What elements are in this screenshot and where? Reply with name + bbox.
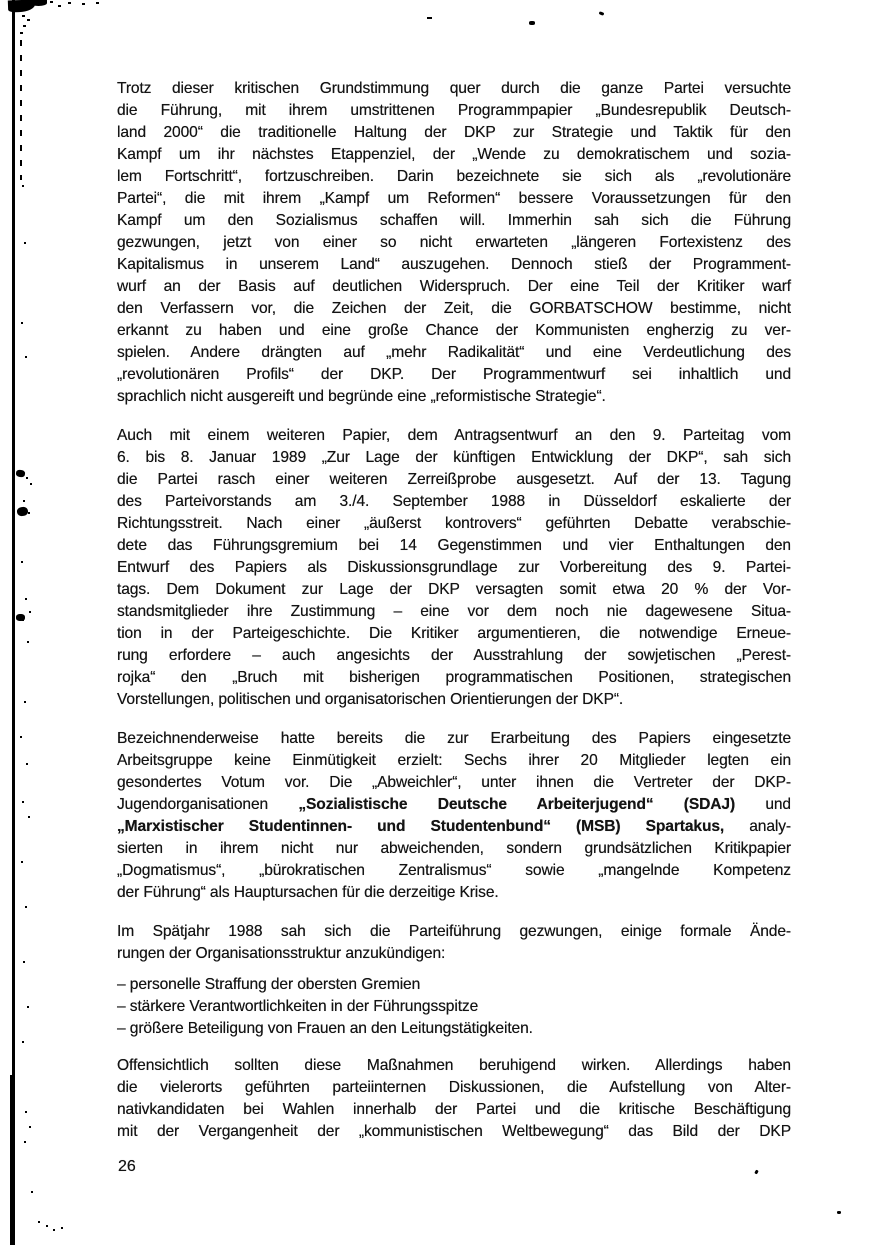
text-line: rung erfordere – auch angesichts der Aus… — [117, 645, 791, 667]
scan-binding-line-lower — [10, 1075, 12, 1245]
scan-speck — [529, 21, 535, 25]
text-line: gezwungen, jetzt von einer so nicht erwa… — [117, 232, 791, 254]
paragraph: Im Spätjahr 1988 sah sich die Parteiführ… — [117, 921, 791, 965]
paragraph: Bezeichnenderweise hatte bereits die zur… — [117, 728, 791, 904]
text-line: nativkandidaten bei Wahlen innerhalb der… — [117, 1099, 791, 1121]
text-line: Bezeichnenderweise hatte bereits die zur… — [117, 728, 791, 750]
text-line: den Verfassern vor, die Zeichen der Zeit… — [117, 298, 791, 320]
scanned-book-page: { "page_number": "26", "content": { "par… — [0, 0, 887, 1245]
text-line: tags. Dem Dokument zur Lage der DKP vers… — [117, 579, 791, 601]
text-line: lem Fortschritt“, fortzuschreiben. Darin… — [117, 166, 791, 188]
text-line: „Dogmatismus“, „bürokratischen Zentralis… — [117, 860, 791, 882]
text-line: Im Spätjahr 1988 sah sich die Parteiführ… — [117, 921, 791, 943]
scan-speckles — [0, 0, 2, 2]
text-line: Partei“, die mit ihrem „Kampf um Reforme… — [117, 188, 791, 210]
list-item: – stärkere Verantwortlichkeiten in der F… — [117, 996, 791, 1018]
text-line: wurf an der Basis auf deutlichen Widersp… — [117, 276, 791, 298]
list-item: – personelle Straffung der obersten Grem… — [117, 974, 791, 996]
dash-list: – personelle Straffung der obersten Grem… — [117, 974, 791, 1040]
text-line: Entwurf des Papiers als Diskussionsgrund… — [117, 557, 791, 579]
text-line: Vorstellungen, politischen und organisat… — [117, 689, 791, 711]
text-line: rojka“ den „Bruch mit bisherigen program… — [117, 667, 791, 689]
text-line: spielen. Andere drängten auf „mehr Radik… — [117, 342, 791, 364]
text-line: erkannt zu haben und eine große Chance d… — [117, 320, 791, 342]
text-line: tion in der Parteigeschichte. Die Kritik… — [117, 623, 791, 645]
scan-speck — [599, 11, 605, 16]
text-line: Trotz dieser kritischen Grundstimmung qu… — [117, 78, 791, 100]
text-line: standsmitglieder ihre Zustimmung – eine … — [117, 601, 791, 623]
scan-dashed-mark — [20, 40, 22, 180]
page-number: 26 — [118, 1156, 136, 1178]
text-line: Arbeitsgruppe keine Einmütigkeit erzielt… — [117, 750, 791, 772]
text-line: die vielerorts geführten parteiinternen … — [117, 1077, 791, 1099]
paragraph: Auch mit einem weiteren Papier, dem Antr… — [117, 425, 791, 711]
text-line: rungen der Organisationsstruktur anzukün… — [117, 943, 791, 965]
text-line: Kapitalismus in unserem Land“ auszugehen… — [117, 254, 791, 276]
text-line: mit der Vergangenheit der „kommunistisch… — [117, 1121, 791, 1143]
text-line: Richtungsstreit. Nach einer „äußerst kon… — [117, 513, 791, 535]
scan-speck — [837, 1211, 841, 1214]
text-line: „revolutionären Profils“ der DKP. Der Pr… — [117, 364, 791, 386]
text-line: land 2000“ die traditionelle Haltung der… — [117, 122, 791, 144]
scan-binding-line — [12, 0, 15, 1245]
text-column: Trotz dieser kritischen Grundstimmung qu… — [117, 78, 791, 1143]
scan-smudge — [17, 506, 29, 516]
text-line: gesondertes Votum vor. Die „Abweichler“,… — [117, 772, 791, 794]
list-item: – größere Beteiligung von Frauen an den … — [117, 1018, 791, 1040]
text-line: sprachlich nicht ausgereift und begründe… — [117, 386, 791, 408]
text-line: dete das Führungsgremium bei 14 Gegensti… — [117, 535, 791, 557]
text-line: die Partei rasch einer weiteren Zerreißp… — [117, 469, 791, 491]
text-line: Offensichtlich sollten diese Maßnahmen b… — [117, 1055, 791, 1077]
text-line: Jugendorganisationen „Sozialistische Deu… — [117, 794, 791, 816]
text-line: Auch mit einem weiteren Papier, dem Antr… — [117, 425, 791, 447]
scan-speck — [754, 1170, 759, 1175]
text-line: 6. bis 8. Januar 1989 „Zur Lage der künf… — [117, 447, 791, 469]
text-line: sierten in ihrem nicht nur abweichenden,… — [117, 838, 791, 860]
text-line: „Marxistischer Studentinnen- und Student… — [117, 816, 791, 838]
paragraph: Offensichtlich sollten diese Maßnahmen b… — [117, 1055, 791, 1143]
text-line: der Führung“ als Hauptursachen für die d… — [117, 882, 791, 904]
scan-corner-blob — [30, 0, 47, 6]
text-line: die Führung, mit ihrem umstrittenen Prog… — [117, 100, 791, 122]
text-line: Kampf um ihr nächstes Etappenziel, der „… — [117, 144, 791, 166]
text-line: Kampf um den Sozialismus schaffen will. … — [117, 210, 791, 232]
scan-smudge — [16, 469, 26, 477]
scan-speck — [427, 17, 432, 19]
paragraph: Trotz dieser kritischen Grundstimmung qu… — [117, 78, 791, 408]
text-line: des Parteivorstands am 3./4. September 1… — [117, 491, 791, 513]
scan-smudge — [16, 614, 25, 621]
